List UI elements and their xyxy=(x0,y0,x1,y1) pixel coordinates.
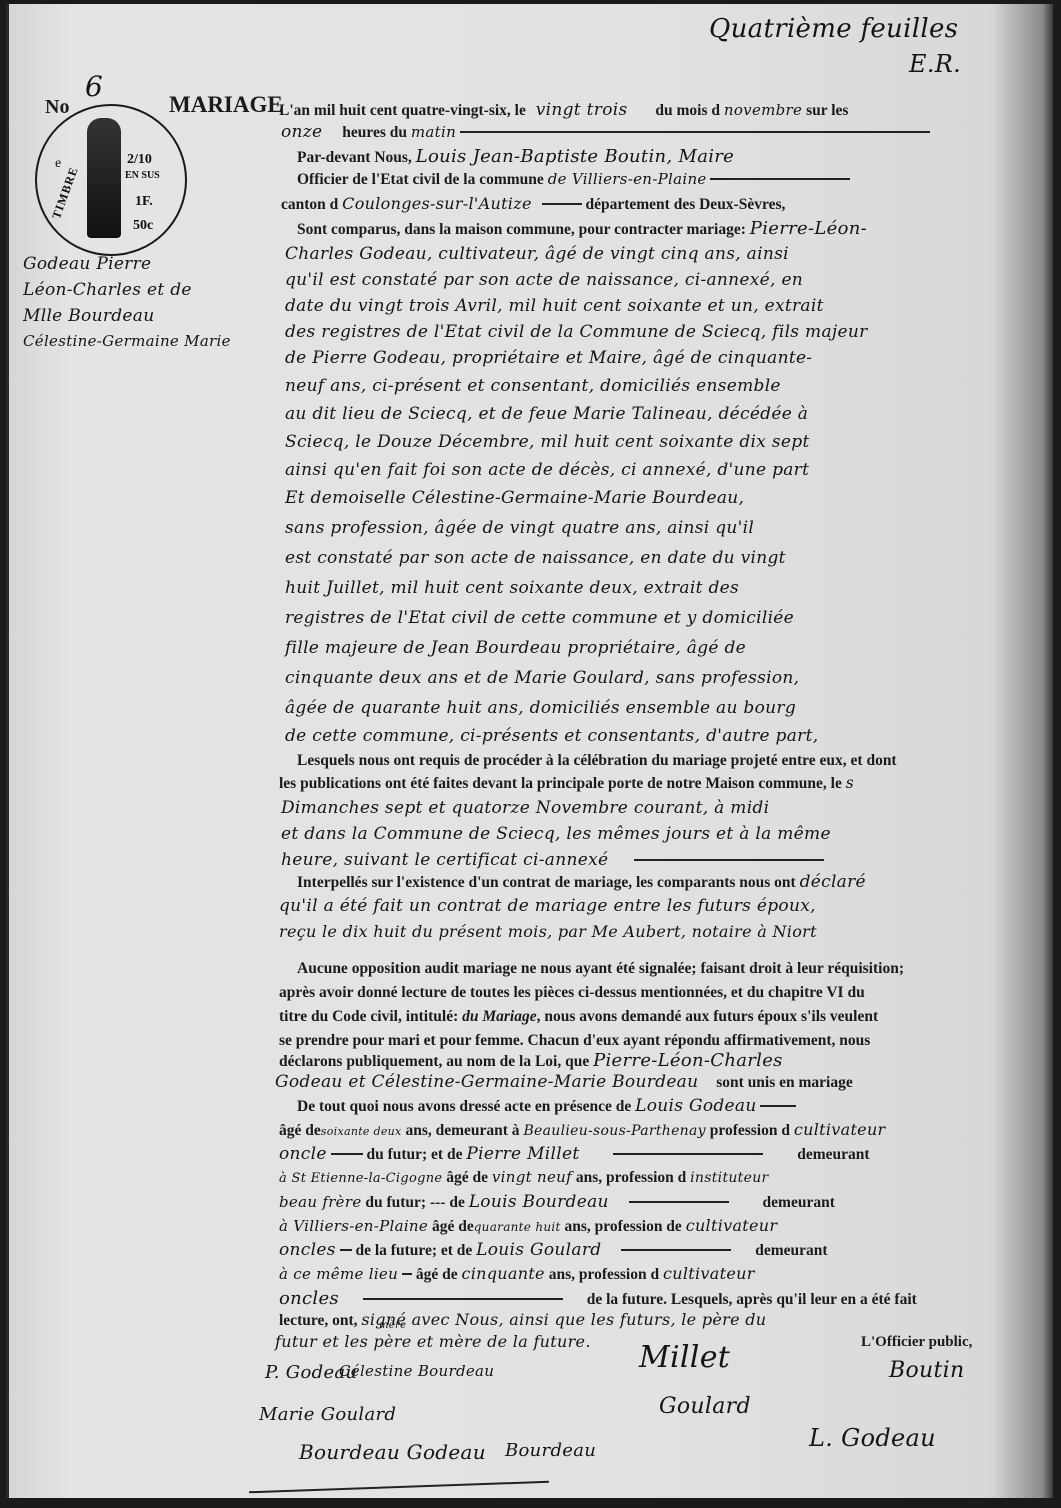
witness-3-intro-line: beau frère du futur; --- de Louis Bourde… xyxy=(279,1192,835,1216)
stamp-letter: e xyxy=(55,156,61,172)
signature: Célestine Bourdeau xyxy=(339,1362,494,1380)
handwritten-line: neuf ans, ci-présent et consentant, domi… xyxy=(285,376,781,396)
handwritten-line: est constaté par son acte de naissance, … xyxy=(285,548,786,568)
handwritten-line: et dans la Commune de Sciecq, les mêmes … xyxy=(281,824,831,844)
publications-line: les publications ont été faites devant l… xyxy=(279,774,854,798)
commune-line: Officier de l'Etat civil de la commune d… xyxy=(297,170,850,194)
lecture-line: lecture, ont, signé avec Nous, ainsi que… xyxy=(279,1310,766,1334)
folio-annotation: Quatrième feuilles xyxy=(709,14,958,44)
month-value: novembre xyxy=(724,101,802,119)
witness-4-intro-line: oncles de la future; et de Louis Goulard… xyxy=(279,1240,828,1264)
handwritten-line: de Pierre Godeau, propriétaire et Maire,… xyxy=(285,348,812,368)
margin-note-line: Godeau Pierre xyxy=(23,254,151,274)
handwritten-line: heure, suivant le certificat ci-annexé xyxy=(281,850,824,870)
handwritten-line: huit Juillet, mil huit cent soixante deu… xyxy=(285,578,739,598)
handwritten-line: Et demoiselle Célestine-Germaine-Marie B… xyxy=(285,488,744,508)
handwritten-line: qu'il est constaté par son acte de naiss… xyxy=(285,270,803,290)
witness-2-line: à St Etienne-la-Cigogne âgé de vingt neu… xyxy=(279,1168,769,1192)
handwritten-line: date du vingt trois Avril, mil huit cent… xyxy=(285,296,824,316)
witness-4-relation-line: oncles de la future. Lesquels, après qu'… xyxy=(279,1288,917,1312)
stamp-en-sus: EN SUS xyxy=(125,170,160,181)
handwritten-line: au dit lieu de Sciecq, et de feue Marie … xyxy=(285,404,808,424)
signature: Goulard xyxy=(659,1394,751,1419)
lecture-line-2: futur et les père et mère de la future. xyxy=(275,1332,591,1356)
witness-3-line: à Villiers-en-Plaine âgé dequarante huit… xyxy=(279,1216,777,1240)
stamp-fraction: 2/10 xyxy=(127,152,152,168)
tax-stamp: TIMBRE e 2/10 EN SUS 1F. 50c xyxy=(35,104,187,256)
hour-line: onze heures du matin xyxy=(281,122,930,146)
handwritten-line: registres de l'Etat civil de cette commu… xyxy=(285,608,794,628)
publications-line: Lesquels nous ont requis de procéder à l… xyxy=(297,752,897,776)
justice-figure-icon xyxy=(87,118,121,238)
flourish-line xyxy=(249,1481,549,1493)
margin-note-line: Léon-Charles et de xyxy=(23,280,192,300)
handwritten-line: Sciecq, le Douze Décembre, mil huit cent… xyxy=(285,432,810,452)
date-line: L'an mil huit cent quatre-vingt-six, le … xyxy=(279,100,848,124)
signature: L. Godeau xyxy=(809,1424,936,1452)
stamp-word: TIMBRE xyxy=(49,165,82,222)
handwritten-line: Dimanches sept et quatorze Novembre cour… xyxy=(281,798,769,818)
signature: Boutin xyxy=(889,1358,964,1383)
witness-4-line: à ce même lieu âgé de cinquante ans, pro… xyxy=(279,1264,755,1288)
handwritten-line: de cette commune, ci-présents et consent… xyxy=(285,726,818,746)
day-value: vingt trois xyxy=(536,100,628,120)
comparants-line: Sont comparus, dans la maison commune, p… xyxy=(297,218,867,242)
witness-2-intro-line: oncle du futur; et de Pierre Millet deme… xyxy=(279,1144,870,1168)
handwritten-line: ainsi qu'en fait foi son acte de décès, … xyxy=(285,460,809,480)
union-line: Godeau et Célestine-Germaine-Marie Bourd… xyxy=(275,1072,853,1096)
stamp-value-cents: 50c xyxy=(133,218,153,234)
handwritten-line: des registres de l'Etat civil de la Comm… xyxy=(285,322,868,342)
opposition-line: titre du Code civil, intitulé: du Mariag… xyxy=(279,1008,878,1032)
margin-note-line: Célestine-Germaine Marie xyxy=(23,332,231,350)
insert-annotation: mère xyxy=(379,1320,406,1331)
signature: Marie Goulard xyxy=(259,1404,396,1425)
handwritten-line: fille majeure de Jean Bourdeau propriéta… xyxy=(285,638,746,658)
act-number: 6 xyxy=(85,70,103,103)
act-title: MARIAGE xyxy=(169,92,283,118)
declaration-line: déclarons publiquement, au nom de la Loi… xyxy=(279,1050,783,1074)
stamp-value-francs: 1F. xyxy=(135,194,153,210)
handwritten-line: cinquante deux ans et de Marie Goulard, … xyxy=(285,668,799,688)
signature: Millet xyxy=(639,1340,730,1375)
register-page: Quatrième feuilles E.R. No 6 MARIAGE TIM… xyxy=(6,4,1053,1498)
signature: Bourdeau Godeau xyxy=(299,1440,486,1464)
officer-label: L'Officier public, xyxy=(861,1334,972,1351)
canton-line: canton d Coulonges-sur-l'Autize départem… xyxy=(281,194,785,218)
opposition-line: Aucune opposition audit mariage ne nous … xyxy=(297,960,904,984)
witness-1-line: âgé desoixante deux ans, demeurant à Bea… xyxy=(279,1120,886,1144)
handwritten-line: Charles Godeau, cultivateur, âgé de ving… xyxy=(285,244,789,264)
initials-annotation: E.R. xyxy=(909,50,961,78)
margin-note-line: Mlle Bourdeau xyxy=(23,306,154,326)
witness-intro-line: De tout quoi nous avons dressé acte en p… xyxy=(297,1096,796,1120)
opposition-line: après avoir donné lecture de toutes les … xyxy=(279,984,865,1008)
officer-line: Par-devant Nous, Louis Jean-Baptiste Bou… xyxy=(297,146,734,170)
handwritten-line: âgée de quarante huit ans, domiciliés en… xyxy=(285,698,796,718)
handwritten-line: reçu le dix huit du présent mois, par Me… xyxy=(279,922,817,941)
contract-line: Interpellés sur l'existence d'un contrat… xyxy=(297,872,866,896)
handwritten-line: sans profession, âgée de vingt quatre an… xyxy=(285,518,754,538)
handwritten-line: qu'il a été fait un contrat de mariage e… xyxy=(279,896,816,916)
signature: Bourdeau xyxy=(505,1440,596,1461)
act-number-label: No xyxy=(45,96,69,119)
